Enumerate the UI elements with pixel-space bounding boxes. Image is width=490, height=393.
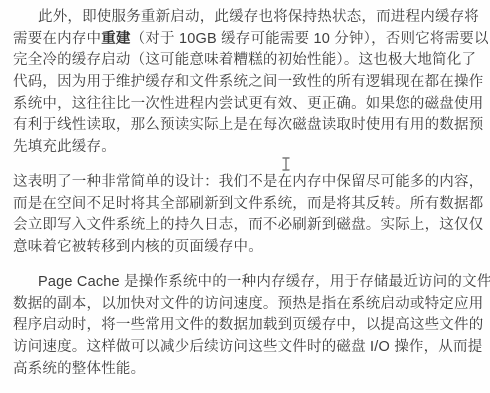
text-line: 意味着它被转移到内核的页面缓存中。 [13, 237, 477, 259]
text-segment: 需要在内存中 [13, 31, 101, 47]
text-segment: 高系统的整体性能。 [13, 361, 145, 377]
text-line: 高系统的整体性能。 [13, 359, 477, 381]
text-segment: 代码，因为用于维护缓存和文件系统之间一致性的所有逻辑现在都在操作 [13, 74, 483, 90]
text-segment: （对于 10GB 缓存可能需要 10 分钟），否则它将需要以 [131, 31, 489, 47]
text-line: 此外，即使服务重新启动，此缓存也将保持热状态，而进程内缓存将 [13, 7, 477, 29]
text-line: 系统中，这往往比一次性进程内尝试更有效、更正确。如果您的磁盘使用 [13, 94, 477, 116]
ibeam-text-cursor-icon [281, 157, 291, 171]
text-line: 程序启动时，将一些常用文件的数据加载到页缓存中，以提高这些文件的 [13, 315, 477, 337]
text-line: 代码，因为用于维护缓存和文件系统之间一致性的所有逻辑现在都在操作 [13, 72, 477, 94]
text-segment: 意味着它被转移到内核的页面缓存中。 [13, 239, 263, 255]
paragraph-cache-warm-restart: 此外，即使服务重新启动，此缓存也将保持热状态，而进程内缓存将需要在内存中重建（对… [13, 7, 477, 159]
text-segment: 而是在空间不足时将其全部刷新到文件系统，而是将其反转。所有数据都 [13, 196, 483, 212]
text-segment: 完全冷的缓存启动（这可能意味着糟糕的初始性能）。这也极大地简化了 [13, 52, 476, 68]
text-segment: 程序启动时，将一些常用文件的数据加载到页缓存中，以提高这些文件的 [13, 317, 483, 333]
text-line: 会立即写入文件系统上的持久日志，而不必刷新到磁盘。实际上，这仅仅 [13, 215, 477, 237]
text-segment: 访问速度。这样做可以减少后续访问这些文件时的磁盘 I/O 操作，从而提 [13, 339, 482, 355]
text-segment: 有利于线性读取，那么预读实际上是在每次磁盘读取时使用有用的数据预 [13, 117, 483, 133]
article-body: 此外，即使服务重新启动，此缓存也将保持热状态，而进程内缓存将需要在内存中重建（对… [0, 0, 490, 380]
text-line: Page Cache 是操作系统中的一种内存缓存，用于存储最近访问的文件 [13, 272, 477, 294]
bold-text-segment: 重建 [101, 31, 130, 47]
text-line: 先填充此缓存。 [13, 137, 477, 159]
text-segment: 这表明了一种非常简单的设计：我们不是在内存中保留尽可能多的内容， [13, 174, 483, 190]
text-line: 访问速度。这样做可以减少后续访问这些文件时的磁盘 I/O 操作，从而提 [13, 337, 477, 359]
text-line: 完全冷的缓存启动（这可能意味着糟糕的初始性能）。这也极大地简化了 [13, 50, 477, 72]
text-segment: 此外，即使服务重新启动，此缓存也将保持热状态，而进程内缓存将 [38, 9, 479, 25]
text-line: 这表明了一种非常简单的设计：我们不是在内存中保留尽可能多的内容， [13, 172, 477, 194]
text-segment: 数据的副本，以加快对文件的访问速度。预热是指在系统启动或特定应用 [13, 296, 483, 312]
text-segment: Page Cache 是操作系统中的一种内存缓存，用于存储最近访问的文件 [38, 274, 490, 290]
text-line: 数据的副本，以加快对文件的访问速度。预热是指在系统启动或特定应用 [13, 294, 477, 316]
article-page: 此外，即使服务重新启动，此缓存也将保持热状态，而进程内缓存将需要在内存中重建（对… [0, 0, 490, 393]
text-segment: 会立即写入文件系统上的持久日志，而不必刷新到磁盘。实际上，这仅仅 [13, 217, 483, 233]
text-segment: 系统中，这往往比一次性进程内尝试更有效、更正确。如果您的磁盘使用 [13, 96, 483, 112]
paragraph-page-cache-definition: Page Cache 是操作系统中的一种内存缓存，用于存储最近访问的文件数据的副… [13, 272, 477, 380]
text-segment: 先填充此缓存。 [13, 139, 116, 155]
paragraph-simple-design: 这表明了一种非常简单的设计：我们不是在内存中保留尽可能多的内容，而是在空间不足时… [13, 172, 477, 259]
text-line: 有利于线性读取，那么预读实际上是在每次磁盘读取时使用有用的数据预 [13, 115, 477, 137]
text-line: 需要在内存中重建（对于 10GB 缓存可能需要 10 分钟），否则它将需要以 [13, 29, 477, 51]
text-line: 而是在空间不足时将其全部刷新到文件系统，而是将其反转。所有数据都 [13, 194, 477, 216]
